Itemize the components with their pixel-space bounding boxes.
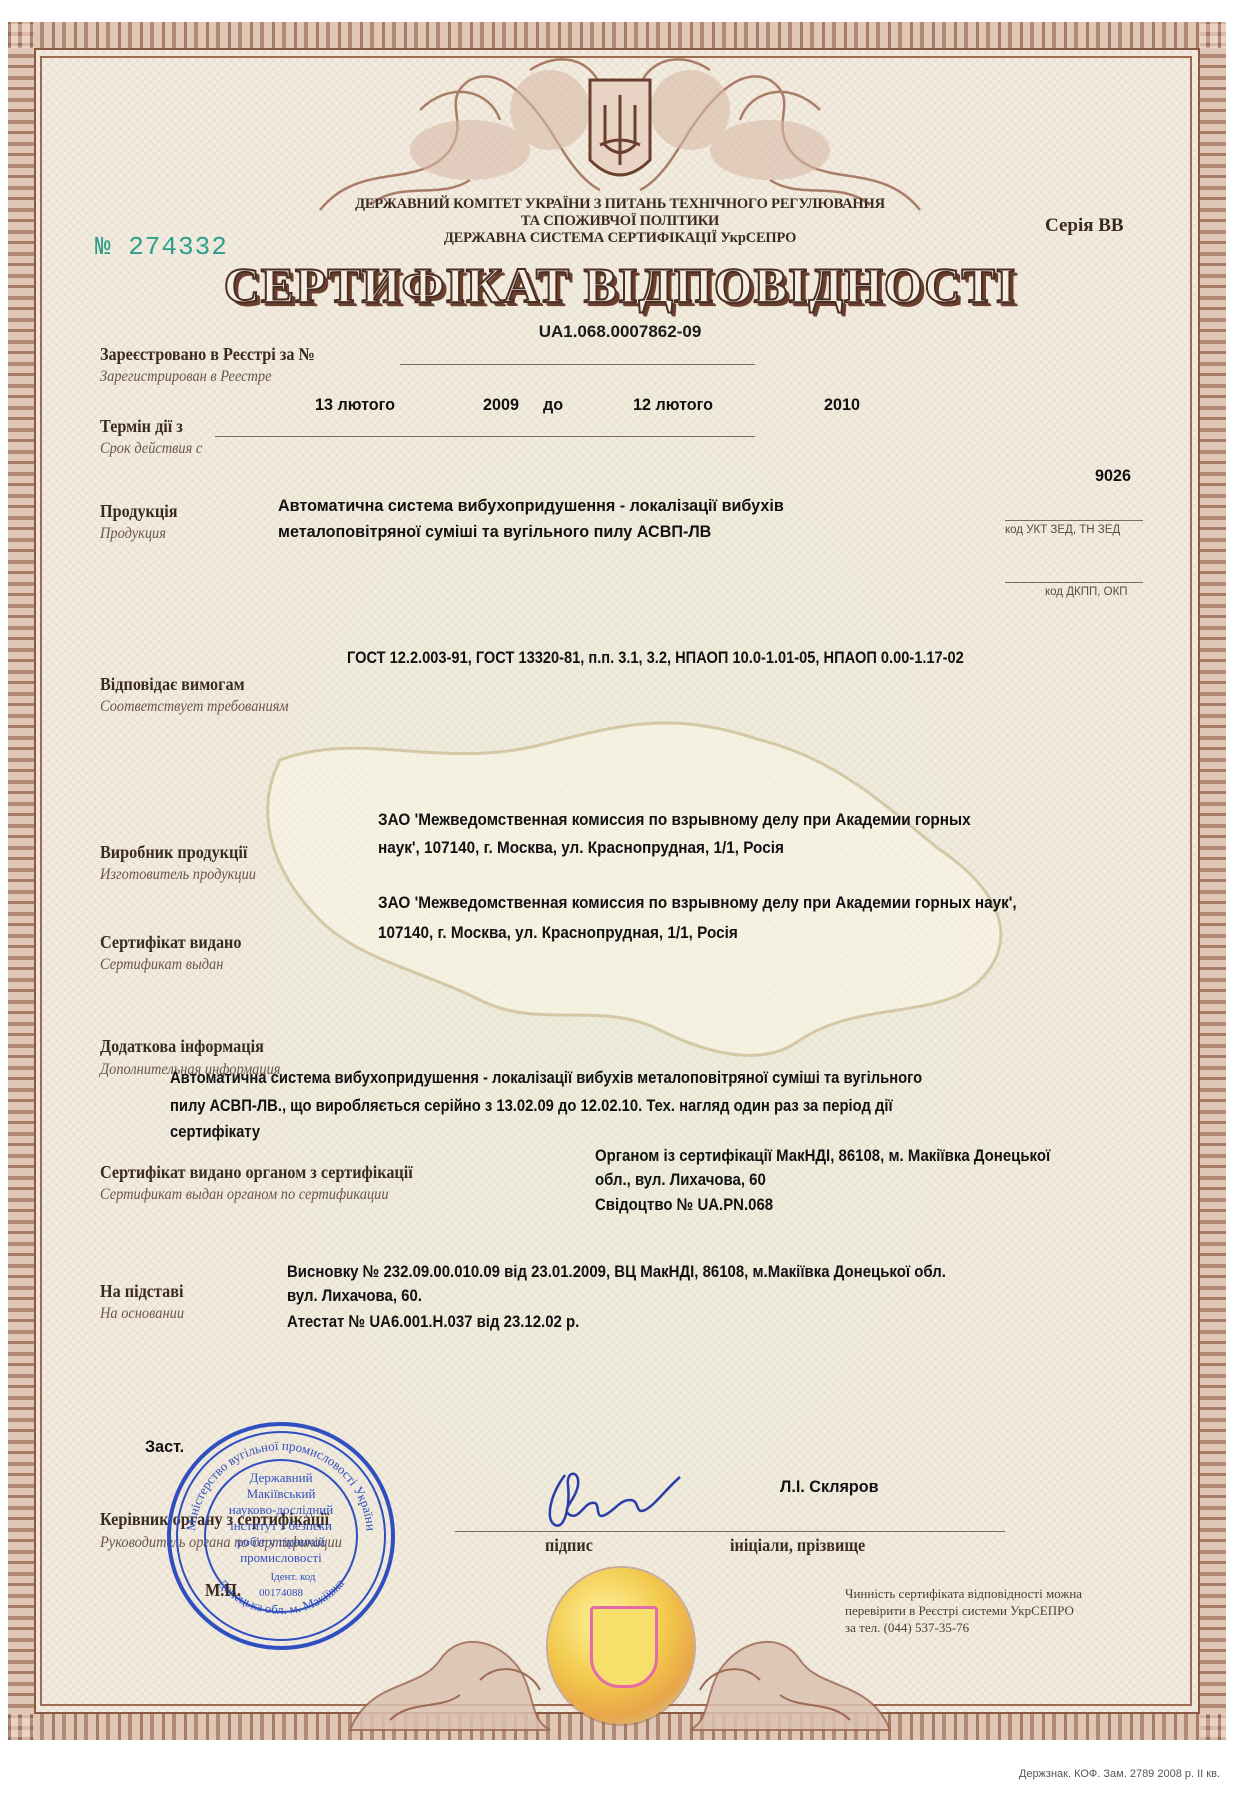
signature-caption: підпис xyxy=(545,1535,593,1556)
verification-note: Чинність сертифіката відповідності можна… xyxy=(845,1585,1205,1636)
additional-info-line-3: сертифікату xyxy=(170,1122,260,1142)
cert-body-line-2: обл., вул. Лихачова, 60 xyxy=(595,1170,766,1190)
validity-label-ru: Срок действия с xyxy=(100,440,202,458)
cert-body-line-1: Органом із сертифікації МакНДІ, 86108, м… xyxy=(595,1146,1050,1166)
manufacturer-label: Виробник продукції xyxy=(100,842,247,863)
handwritten-signature-icon xyxy=(540,1465,690,1535)
trident-icon xyxy=(590,1606,658,1688)
product-label: Продукція xyxy=(100,501,177,522)
note-line-1: Чинність сертифіката відповідності можна xyxy=(845,1585,1205,1602)
valid-to-word: до xyxy=(543,395,563,415)
issuer-line-1: ДЕРЖАВНИЙ КОМІТЕТ УКРАЇНИ З ПИТАНЬ ТЕХНІ… xyxy=(300,196,940,213)
seal-mark: М.П. xyxy=(205,1580,241,1601)
product-line-2: металоповітряної суміші та вугільного пи… xyxy=(278,522,711,542)
basis-line-1: Висновку № 232.09.00.010.09 від 23.01.20… xyxy=(287,1262,946,1282)
validity-line xyxy=(215,436,755,437)
additional-info-label: Додаткова інформація xyxy=(100,1036,264,1057)
basis-line-3: Атестат № UA6.001.Н.037 від 23.12.02 р. xyxy=(287,1312,579,1332)
issuer-line-2: ТА СПОЖИВЧОЇ ПОЛІТИКИ xyxy=(300,213,940,230)
stamp-line-3: науково-дослідний xyxy=(229,1502,333,1517)
series-label: Серія ВВ xyxy=(1045,215,1124,237)
additional-info-line-1: Автоматична система вибухопридушення - л… xyxy=(170,1068,922,1088)
cert-body-label: Сертифікат видано органом з сертифікації xyxy=(100,1162,413,1183)
stamp-line-6: промисловості xyxy=(240,1550,322,1565)
hologram-emblem xyxy=(548,1568,694,1724)
issued-to-label-ru: Сертификат выдан xyxy=(100,956,223,974)
issued-to-label: Сертифікат видано xyxy=(100,932,241,953)
registry-label-ru: Зарегистрирован в Реестре xyxy=(100,368,272,386)
additional-info-line-2: пилу АСВП-ЛВ., що виробляється серійно з… xyxy=(170,1096,893,1116)
manufacturer-label-ru: Изготовитель продукции xyxy=(100,866,256,884)
stamp-line-1: Державний xyxy=(249,1470,312,1485)
valid-from-day: 13 лютого xyxy=(315,395,395,415)
manufacturer-line-1: ЗАО 'Межведомственная комиссия по взрывн… xyxy=(378,810,971,830)
certificate-title: СЕРТИФІКАТ ВІДПОВІДНОСТІ xyxy=(0,256,1240,314)
registry-line xyxy=(400,364,755,365)
basis-label-ru: На основании xyxy=(100,1305,184,1323)
code-dkpp-caption: код ДКПП, ОКП xyxy=(1045,586,1128,598)
signature-line xyxy=(455,1531,1005,1532)
stamp-line-2: Макіївський xyxy=(247,1486,316,1501)
valid-to-day: 12 лютого xyxy=(633,395,713,415)
stamp-line-5: робіт у гірничій xyxy=(237,1534,325,1549)
registration-code: UA1.068.0007862-09 xyxy=(0,322,1240,342)
requirements-value: ГОСТ 12.2.003-91, ГОСТ 13320-81, п.п. 3.… xyxy=(347,648,964,668)
product-label-ru: Продукция xyxy=(100,525,166,543)
stamp-id-code: 00174088 xyxy=(259,1587,304,1599)
code-ukt-caption: код УКТ ЗЕД, ТН ЗЕД xyxy=(1005,524,1120,536)
code-ukt-value: 9026 xyxy=(1095,466,1131,486)
product-line-1: Автоматична система вибухопридушення - л… xyxy=(278,496,784,516)
name-caption: ініціали, прізвище xyxy=(730,1535,865,1556)
top-ornament-trident-icon xyxy=(300,40,940,215)
note-line-3: за тел. (044) 537-35-76 xyxy=(845,1619,1205,1636)
stamp-id-label: Ідент. код xyxy=(270,1571,315,1583)
registry-label: Зареєстровано в Реєстрі за № xyxy=(100,344,315,365)
manufacturer-line-2: наук', 107140, г. Москва, ул. Краснопруд… xyxy=(378,838,784,858)
requirements-label: Відповідає вимогам xyxy=(100,674,245,695)
valid-from-year: 2009 xyxy=(483,395,519,415)
code-dkpp-line xyxy=(1005,582,1143,583)
stamp-line-4: інститут з безпеки xyxy=(230,1518,332,1533)
cert-body-label-ru: Сертификат выдан органом по сертификации xyxy=(100,1186,389,1204)
issued-to-line-2: 107140, г. Москва, ул. Краснопрудная, 1/… xyxy=(378,923,738,943)
signatory-name: Л.І. Скляров xyxy=(780,1477,879,1497)
printer-imprint: Держзнак. КОФ. Зам. 2789 2008 р. II кв. xyxy=(1019,1768,1220,1780)
validity-label: Термін дії з xyxy=(100,416,183,437)
basis-label: На підставі xyxy=(100,1281,183,1302)
issuer-line-3: ДЕРЖАВНА СИСТЕМА СЕРТИФІКАЦІЇ УкрСЕПРО xyxy=(300,230,940,247)
code-ukt-line xyxy=(1005,520,1143,521)
issued-to-line-1: ЗАО 'Межведомственная комиссия по взрывн… xyxy=(378,893,1017,913)
valid-to-year: 2010 xyxy=(824,395,860,415)
basis-line-2: вул. Лихачова, 60. xyxy=(287,1286,422,1306)
note-line-2: перевірити в Реєстрі системи УкрСЕПРО xyxy=(845,1602,1205,1619)
cert-body-line-3: Свідоцтво № UA.PN.068 xyxy=(595,1195,773,1215)
